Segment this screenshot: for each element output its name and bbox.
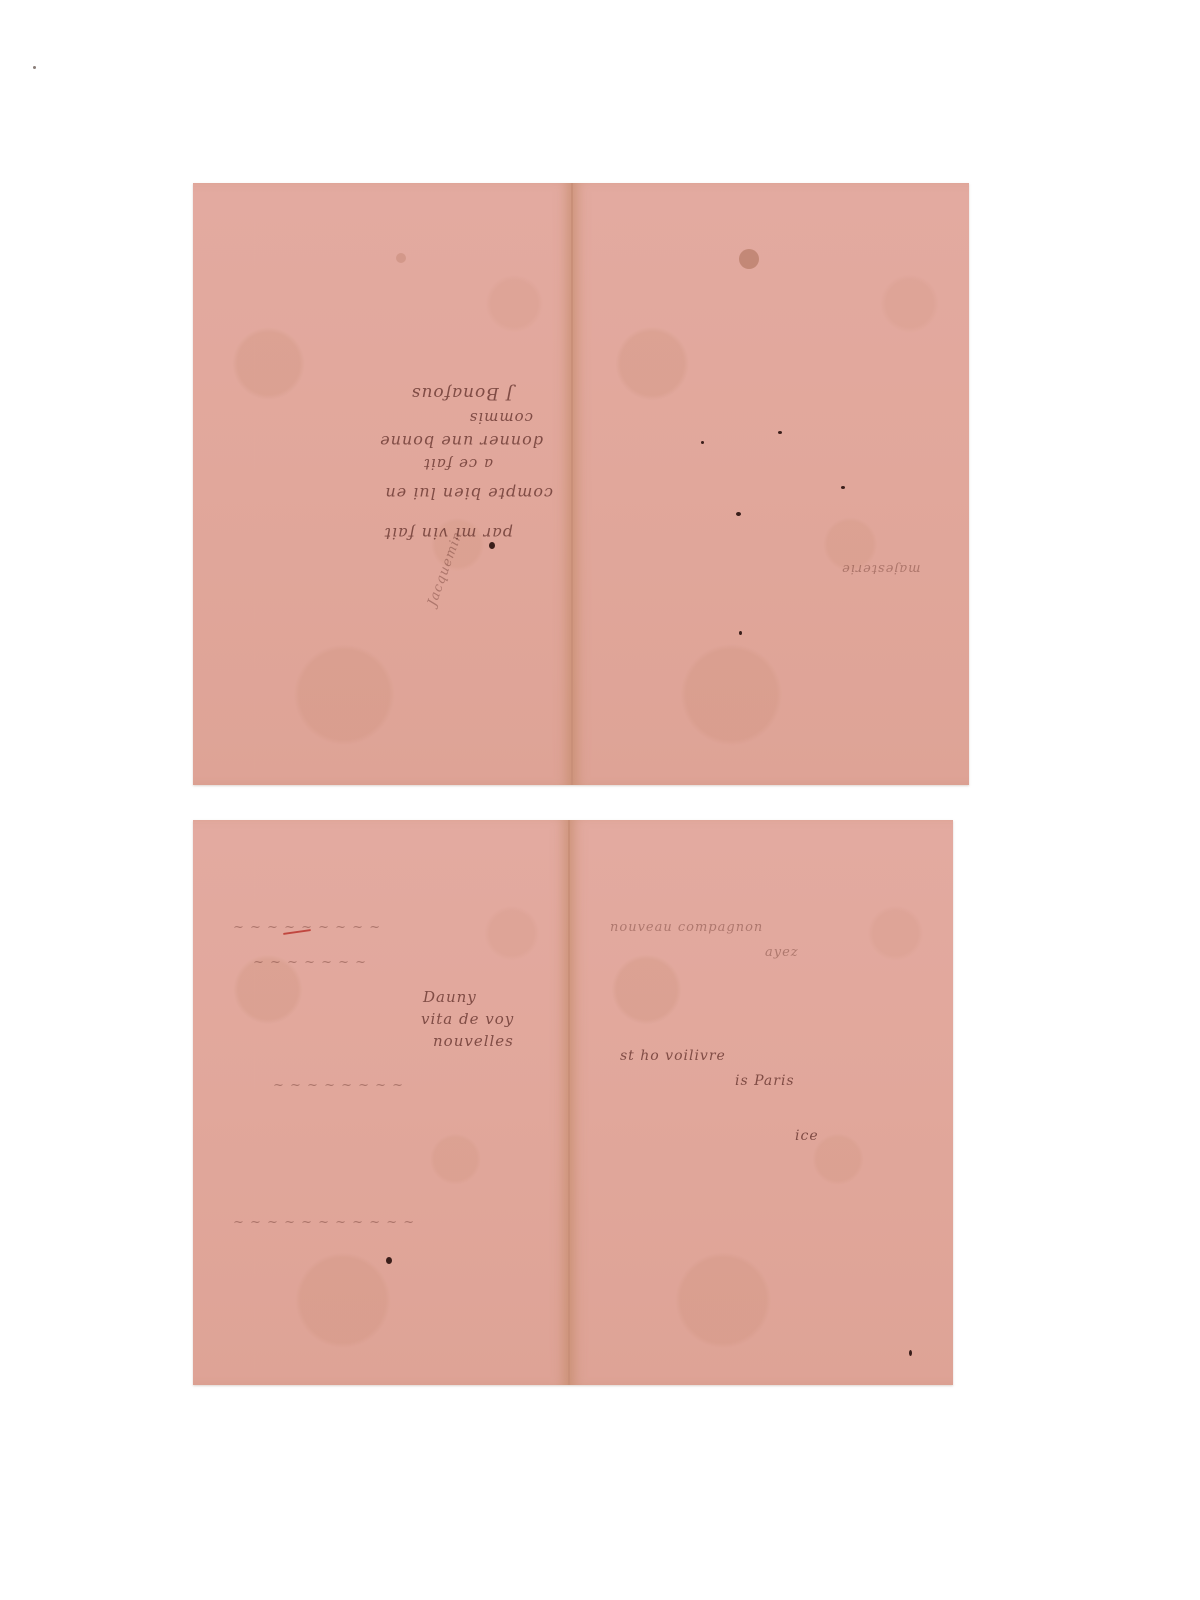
ink-speck: [909, 1350, 912, 1356]
ink-speck: [778, 431, 782, 434]
handwriting-line: is Paris: [735, 1073, 795, 1089]
ink-blot: [386, 1257, 392, 1264]
handwriting-line: vita de voy: [421, 1010, 514, 1028]
handwriting-line: ayez: [765, 945, 799, 960]
handwriting-line: ice: [795, 1128, 819, 1144]
handwriting-line: a ce fait: [423, 455, 493, 473]
ink-speck: [736, 512, 741, 516]
illegible-line: ~ ~ ~ ~ ~ ~ ~: [253, 955, 367, 970]
handwriting-line: compte bien lui en: [384, 484, 553, 503]
top-left-page: J Bonafous commis donner une bonne a ce …: [193, 183, 571, 785]
bottom-left-page: ~ ~ ~ ~ ~ ~ ~ ~ ~ ~ ~ ~ ~ ~ ~ ~ Dauny vi…: [193, 820, 568, 1385]
background-speck: [33, 66, 36, 69]
handwriting-line: st ho voilivre: [620, 1048, 726, 1064]
illegible-line: ~ ~ ~ ~ ~ ~ ~ ~ ~ ~ ~: [233, 1215, 415, 1230]
handwriting-line: commis: [469, 409, 533, 427]
handwriting-line: donner une bonne: [379, 432, 543, 451]
foxing-stain: [396, 253, 406, 263]
handwriting-line: nouveau compagnon: [610, 920, 763, 935]
bottom-bifolium: ~ ~ ~ ~ ~ ~ ~ ~ ~ ~ ~ ~ ~ ~ ~ ~ Dauny vi…: [193, 820, 953, 1385]
handwriting-line: J Bonafous: [411, 383, 513, 403]
foxing-stain: [739, 249, 759, 269]
handwriting-line: majesterie: [841, 561, 920, 576]
top-right-page: majesterie: [573, 183, 969, 785]
handwriting-line: nouvelles: [433, 1032, 514, 1050]
illegible-line: ~ ~ ~ ~ ~ ~ ~ ~: [273, 1078, 404, 1093]
ink-speck: [841, 486, 845, 489]
ink-speck: [701, 441, 704, 444]
top-bifolium: J Bonafous commis donner une bonne a ce …: [193, 183, 969, 785]
handwriting-line: Dauny: [423, 988, 477, 1006]
illegible-line: ~ ~ ~ ~ ~ ~ ~ ~ ~: [233, 920, 381, 935]
bottom-right-page: nouveau compagnon ayez st ho voilivre is…: [570, 820, 953, 1385]
inverted-text-block: J Bonafous commis donner une bonne a ce …: [233, 373, 553, 573]
ink-speck: [739, 631, 742, 635]
